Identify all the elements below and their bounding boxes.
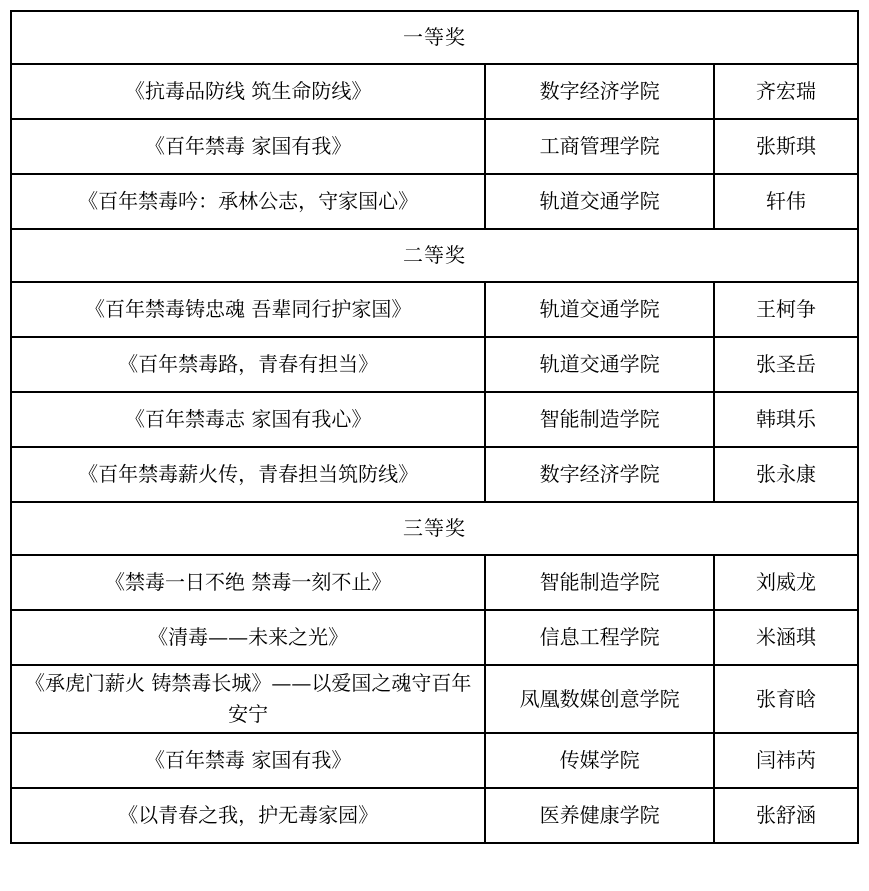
table-row: 《百年禁毒路，青春有担当》轨道交通学院张圣岳 (11, 337, 858, 392)
prize-section-header-row: 一等奖 (11, 11, 858, 64)
prize-section-header-row: 三等奖 (11, 502, 858, 555)
work-title-cell: 《抗毒品防线 筑生命防线》 (11, 64, 485, 119)
prize-section-title: 一等奖 (11, 11, 858, 64)
awards-table-body: 一等奖《抗毒品防线 筑生命防线》数字经济学院齐宏瑞《百年禁毒 家国有我》工商管理… (11, 11, 858, 843)
work-title-cell: 《承虎门薪火 铸禁毒长城》——以爱国之魂守百年安宁 (11, 665, 485, 733)
table-row: 《百年禁毒 家国有我》工商管理学院张斯琪 (11, 119, 858, 174)
college-cell: 轨道交通学院 (485, 282, 714, 337)
winner-name-cell: 轩伟 (714, 174, 858, 229)
winner-name-cell: 张圣岳 (714, 337, 858, 392)
college-cell: 数字经济学院 (485, 447, 714, 502)
college-cell: 数字经济学院 (485, 64, 714, 119)
winner-name-cell: 张育晗 (714, 665, 858, 733)
college-cell: 信息工程学院 (485, 610, 714, 665)
table-row: 《清毒——未来之光》信息工程学院米涵琪 (11, 610, 858, 665)
college-cell: 医养健康学院 (485, 788, 714, 843)
college-cell: 工商管理学院 (485, 119, 714, 174)
college-cell: 智能制造学院 (485, 392, 714, 447)
table-row: 《以青春之我，护无毒家园》医养健康学院张舒涵 (11, 788, 858, 843)
table-row: 《承虎门薪火 铸禁毒长城》——以爱国之魂守百年安宁凤凰数媒创意学院张育晗 (11, 665, 858, 733)
college-cell: 轨道交通学院 (485, 337, 714, 392)
winner-name-cell: 刘威龙 (714, 555, 858, 610)
table-row: 《百年禁毒志 家国有我心》智能制造学院韩琪乐 (11, 392, 858, 447)
table-row: 《禁毒一日不绝 禁毒一刻不止》智能制造学院刘威龙 (11, 555, 858, 610)
table-row: 《百年禁毒薪火传，青春担当筑防线》数字经济学院张永康 (11, 447, 858, 502)
prize-section-header-row: 二等奖 (11, 229, 858, 282)
table-row: 《百年禁毒铸忠魂 吾辈同行护家国》轨道交通学院王柯争 (11, 282, 858, 337)
work-title-cell: 《百年禁毒铸忠魂 吾辈同行护家国》 (11, 282, 485, 337)
work-title-cell: 《百年禁毒 家国有我》 (11, 733, 485, 788)
winner-name-cell: 张斯琪 (714, 119, 858, 174)
winner-name-cell: 米涵琪 (714, 610, 858, 665)
work-title-cell: 《百年禁毒吟：承林公志，守家国心》 (11, 174, 485, 229)
prize-section-title: 二等奖 (11, 229, 858, 282)
winner-name-cell: 齐宏瑞 (714, 64, 858, 119)
college-cell: 传媒学院 (485, 733, 714, 788)
college-cell: 智能制造学院 (485, 555, 714, 610)
winner-name-cell: 张舒涵 (714, 788, 858, 843)
winner-name-cell: 韩琪乐 (714, 392, 858, 447)
work-title-cell: 《百年禁毒 家国有我》 (11, 119, 485, 174)
winner-name-cell: 闫祎芮 (714, 733, 858, 788)
table-row: 《百年禁毒 家国有我》传媒学院闫祎芮 (11, 733, 858, 788)
work-title-cell: 《百年禁毒志 家国有我心》 (11, 392, 485, 447)
table-row: 《百年禁毒吟：承林公志，守家国心》轨道交通学院轩伟 (11, 174, 858, 229)
winner-name-cell: 王柯争 (714, 282, 858, 337)
winner-name-cell: 张永康 (714, 447, 858, 502)
table-row: 《抗毒品防线 筑生命防线》数字经济学院齐宏瑞 (11, 64, 858, 119)
work-title-cell: 《禁毒一日不绝 禁毒一刻不止》 (11, 555, 485, 610)
work-title-cell: 《以青春之我，护无毒家园》 (11, 788, 485, 843)
work-title-cell: 《清毒——未来之光》 (11, 610, 485, 665)
work-title-cell: 《百年禁毒薪火传，青春担当筑防线》 (11, 447, 485, 502)
awards-table: 一等奖《抗毒品防线 筑生命防线》数字经济学院齐宏瑞《百年禁毒 家国有我》工商管理… (10, 10, 859, 844)
work-title-cell: 《百年禁毒路，青春有担当》 (11, 337, 485, 392)
college-cell: 凤凰数媒创意学院 (485, 665, 714, 733)
college-cell: 轨道交通学院 (485, 174, 714, 229)
prize-section-title: 三等奖 (11, 502, 858, 555)
